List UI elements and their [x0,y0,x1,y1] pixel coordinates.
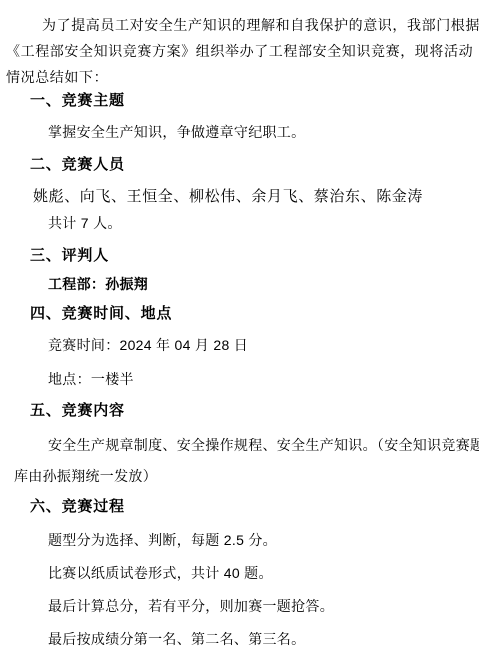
section-heading-theme: 一、竞赛主题 [30,92,465,110]
theme-text: 掌握安全生产知识，争做遵章守纪职工。 [48,124,465,141]
participants-total: 共计 7 人。 [48,215,465,232]
section-heading-process: 六、竞赛过程 [30,498,465,516]
judge-name: 工程部：孙振翔 [48,276,465,293]
intro-line: 为了提高员工对安全生产知识的理解和自我保护的意识，我部门根据 [42,12,465,38]
section-heading-participants: 二、竞赛人员 [30,156,465,174]
intro-paragraph: 为了提高员工对安全生产知识的理解和自我保护的意识，我部门根据 《工程部安全知识竞… [6,12,465,90]
section-heading-time-place: 四、竞赛时间、地点 [30,305,465,323]
process-paper-format: 比赛以纸质试卷形式，共计 40 题。 [48,565,465,582]
competition-location: 地点：一楼半 [48,371,465,388]
process-question-types: 题型分为选择、判断，每题 2.5 分。 [48,532,465,549]
intro-line: 情况总结如下： [6,64,465,90]
section-heading-content: 五、竞赛内容 [30,402,465,420]
document-page: 为了提高员工对安全生产知识的理解和自我保护的意识，我部门根据 《工程部安全知识竞… [0,0,479,661]
process-tiebreak-rule: 最后计算总分，若有平分，则加赛一题抢答。 [48,598,465,615]
participants-names: 姚彪、向飞、王恒全、柳松伟、余月飞、蔡治东、陈金涛 [33,188,465,205]
competition-time: 竞赛时间：2024 年 04 月 28 日 [48,337,465,354]
content-line-continuation: 库由孙振翔统一发放） [14,468,465,485]
process-ranking-rule: 最后按成绩分第一名、第二名、第三名。 [48,631,465,648]
section-heading-judge: 三、评判人 [30,247,465,265]
content-line: 安全生产规章制度、安全操作规程、安全生产知识。（安全知识竞赛题 [48,437,465,454]
intro-line: 《工程部安全知识竞赛方案》组织举办了工程部安全知识竞赛，现将活动 [6,38,465,64]
